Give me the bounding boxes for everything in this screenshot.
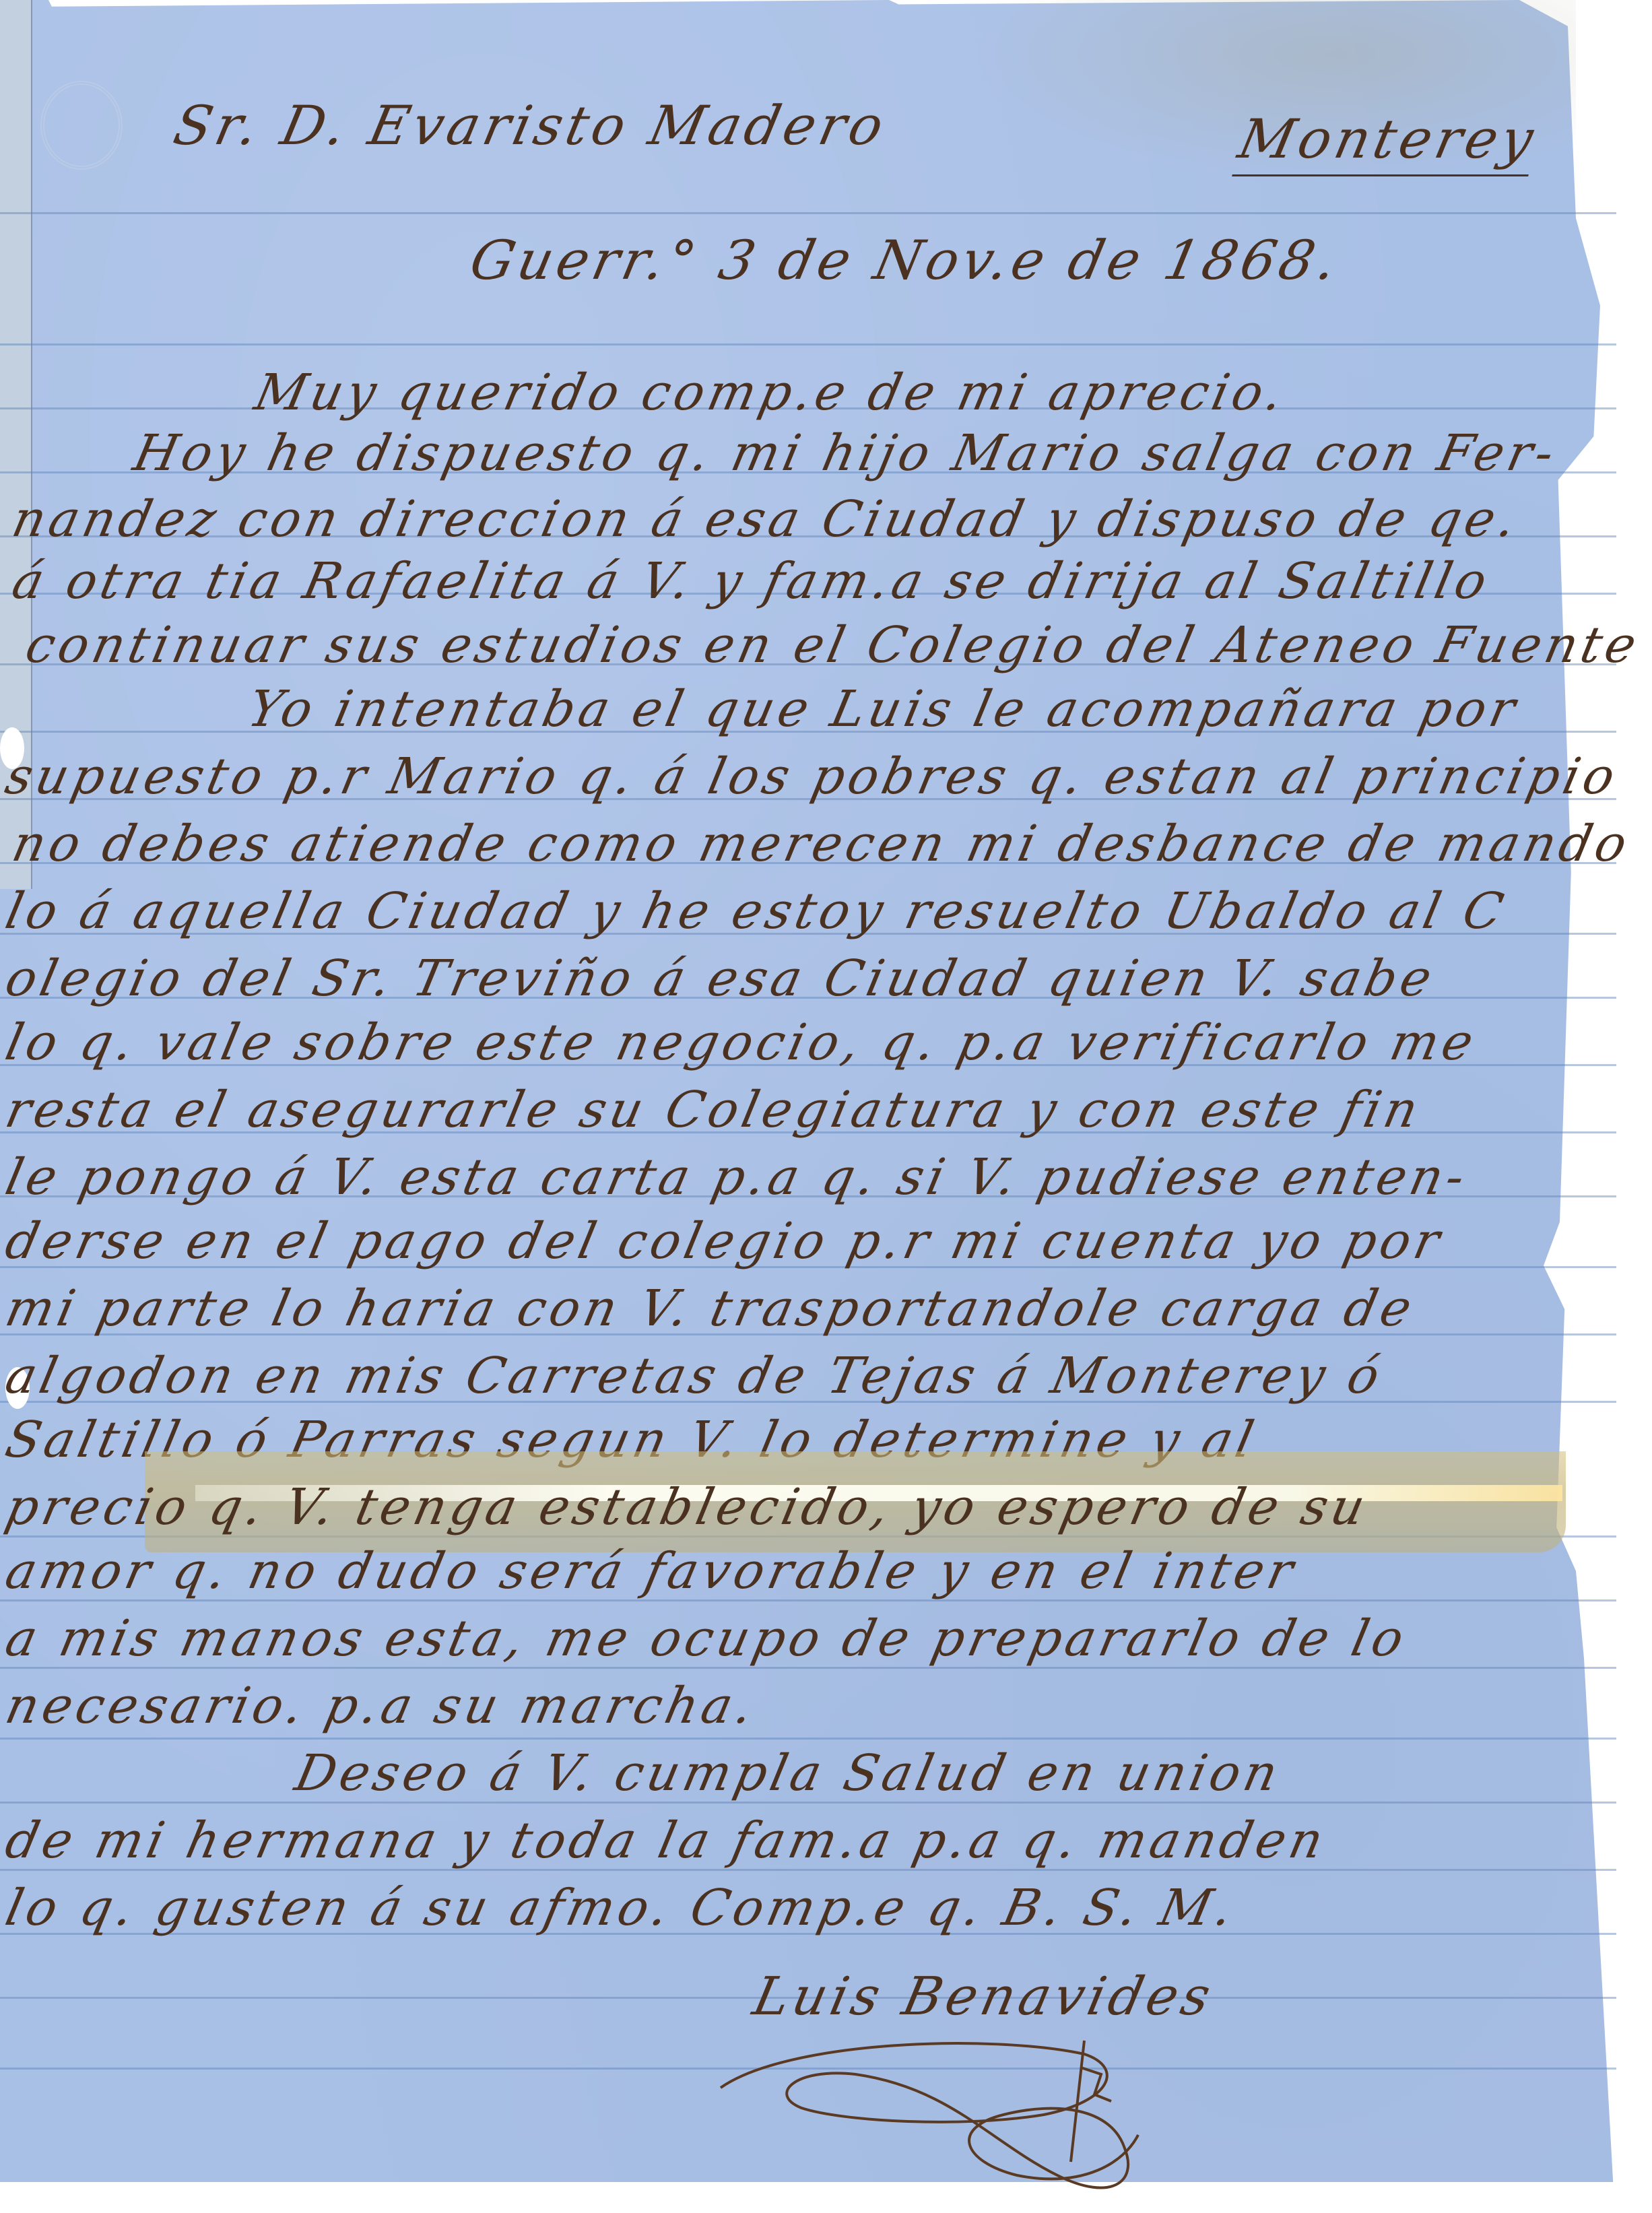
- body-line: nandez con direccion á esa Ciudad y disp…: [7, 490, 1525, 548]
- body-line: no debes atiende como merecen mi desbanc…: [7, 815, 1636, 873]
- closing-line: lo q. gusten á su afmo. Comp.e q. B. S. …: [1, 1879, 1242, 1937]
- body-line: precio q. V. tenga establecido, yo esper…: [1, 1478, 1374, 1536]
- closing-line: Deseo á V. cumpla Salud en union: [290, 1744, 1287, 1802]
- body-line: lo á aquella Ciudad y he estoy resuelto …: [1, 882, 1513, 940]
- ruled-line: [0, 212, 1616, 214]
- embossed-seal-icon: [40, 81, 123, 170]
- body-line: amor q. no dudo será favorable y en el i…: [1, 1542, 1302, 1600]
- body-line: derse en el pago del colegio p.r mi cuen…: [1, 1212, 1449, 1270]
- body-line: á otra tia Rafaelita á V. y fam.a se dir…: [7, 552, 1496, 610]
- salutation: Muy querido comp.e de mi aprecio.: [250, 364, 1292, 422]
- dateline: Guerr.° 3 de Nov.e de 1868.: [465, 229, 1346, 292]
- body-line: mi parte lo haria con V. trasportandole …: [1, 1280, 1421, 1337]
- body-line: resta el asegurarle su Colegiatura y con…: [1, 1081, 1427, 1139]
- body-line: a mis manos esta, me ocupo de prepararlo…: [1, 1610, 1413, 1667]
- body-line: Hoy he dispuesto q. mi hijo Mario salga …: [129, 424, 1563, 482]
- body-line: le pongo á V. esta carta p.a q. si V. pu…: [1, 1148, 1474, 1206]
- body-line: algodon en mis Carretas de Tejas á Monte…: [1, 1347, 1389, 1405]
- body-line: continuar sus estudios en el Colegio del…: [21, 616, 1645, 674]
- place-line: Monterey: [1232, 108, 1543, 176]
- body-line: supuesto p.r Mario q. á los pobres q. es…: [1, 748, 1624, 805]
- signature: Luis Benavides: [748, 1967, 1219, 2027]
- recipient-line: Sr. D. Evaristo Madero: [168, 94, 893, 157]
- ruled-line: [0, 343, 1616, 345]
- ruled-line: [0, 1738, 1616, 1740]
- body-line: Yo intentaba el que Luis le acompañara p…: [243, 680, 1524, 738]
- closing-line: de mi hermana y toda la fam.a p.a q. man…: [1, 1812, 1332, 1870]
- body-line: necesario. p.a su marcha.: [1, 1677, 762, 1735]
- body-line: lo q. vale sobre este negocio, q. p.a ve…: [1, 1014, 1482, 1071]
- signature-flourish-icon: [707, 2027, 1300, 2209]
- body-line: olegio del Sr. Treviño á esa Ciudad quie…: [1, 950, 1441, 1008]
